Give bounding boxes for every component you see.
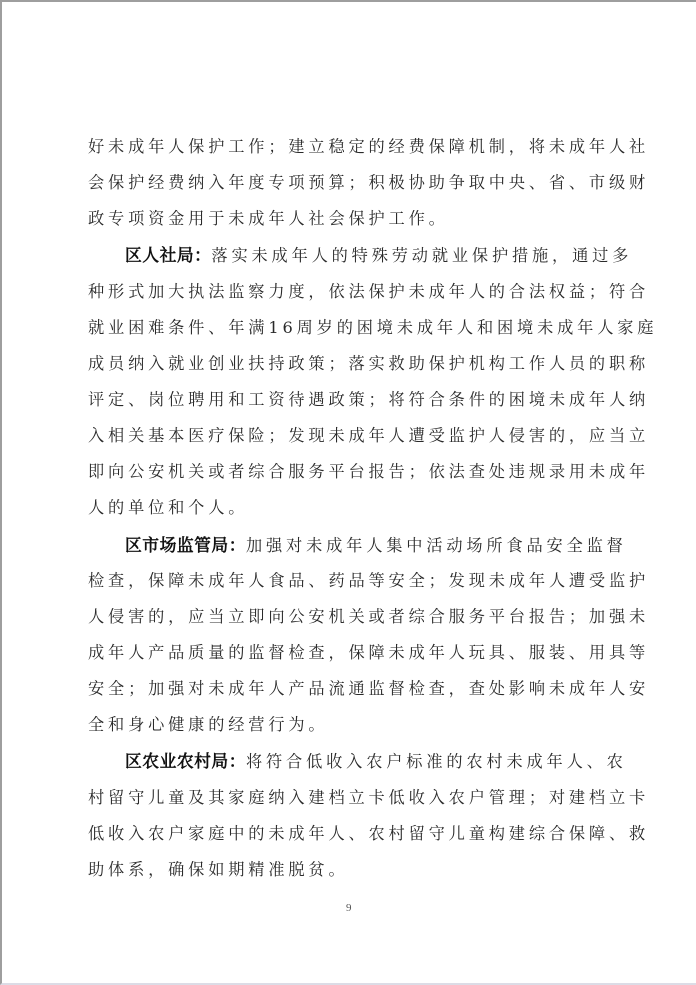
- paragraph-first-line: 区农业农村局：将符合低收入农户标准的农村未成年人、农: [88, 743, 613, 779]
- text-line: 评定、岗位聘用和工资待遇政策；将符合条件的困境未成年人纳: [88, 382, 613, 418]
- section-heading-market-regulation: 区市场监管局：: [125, 535, 246, 555]
- text-line: 检查，保障未成年人食品、药品等安全；发现未成年人遭受监护: [88, 563, 613, 599]
- document-body: 好未成年人保护工作；建立稳定的经费保障机制，将未成年人社 会保护经费纳入年度专项…: [88, 129, 613, 888]
- text-line: 低收入农户家庭中的未成年人、农村留守儿童构建综合保障、救: [88, 816, 613, 852]
- text-span: 加强对未成年人集中活动场所食品安全监督: [246, 536, 627, 555]
- text-line: 全和身心健康的经营行为。: [88, 707, 613, 743]
- text-span: 将符合低收入农户标准的农村未成年人、农: [246, 752, 627, 771]
- document-page: 好未成年人保护工作；建立稳定的经费保障机制，将未成年人社 会保护经费纳入年度专项…: [0, 0, 696, 985]
- text-line: 成员纳入就业创业扶持政策；落实救助保护机构工作人员的职称: [88, 346, 613, 382]
- text-line: 人的单位和个人。: [88, 490, 613, 526]
- paragraph-first-line: 区人社局：落实未成年人的特殊劳动就业保护措施，通过多: [88, 237, 613, 273]
- section-heading-agriculture: 区农业农村局：: [125, 751, 246, 771]
- text-line: 好未成年人保护工作；建立稳定的经费保障机制，将未成年人社: [88, 129, 613, 165]
- paragraph-first-line: 区市场监管局：加强对未成年人集中活动场所食品安全监督: [88, 527, 613, 563]
- text-span: 落实未成年人的特殊劳动就业保护措施，通过多: [211, 246, 632, 265]
- text-line: 安全；加强对未成年人产品流通监督检查，查处影响未成年人安: [88, 671, 613, 707]
- text-line: 人侵害的，应当立即向公安机关或者综合服务平台报告；加强未: [88, 599, 613, 635]
- text-line: 助体系，确保如期精准脱贫。: [88, 852, 613, 888]
- section-heading-hrss: 区人社局：: [125, 245, 211, 265]
- text-line: 入相关基本医疗保险；发现未成年人遭受监护人侵害的，应当立: [88, 418, 613, 454]
- text-line: 村留守儿童及其家庭纳入建档立卡低收入农户管理；对建档立卡: [88, 780, 613, 816]
- text-line: 会保护经费纳入年度专项预算；积极协助争取中央、省、市级财: [88, 165, 613, 201]
- text-line: 政专项资金用于未成年人社会保护工作。: [88, 201, 613, 237]
- text-line: 就业困难条件、年满16周岁的困境未成年人和困境未成年人家庭: [88, 310, 613, 346]
- text-line: 成年人产品质量的监督检查，保障未成年人玩具、服装、用具等: [88, 635, 613, 671]
- text-line: 即向公安机关或者综合服务平台报告；依法查处违规录用未成年: [88, 454, 613, 490]
- text-line: 种形式加大执法监察力度，依法保护未成年人的合法权益；符合: [88, 274, 613, 310]
- page-number: 9: [346, 902, 352, 914]
